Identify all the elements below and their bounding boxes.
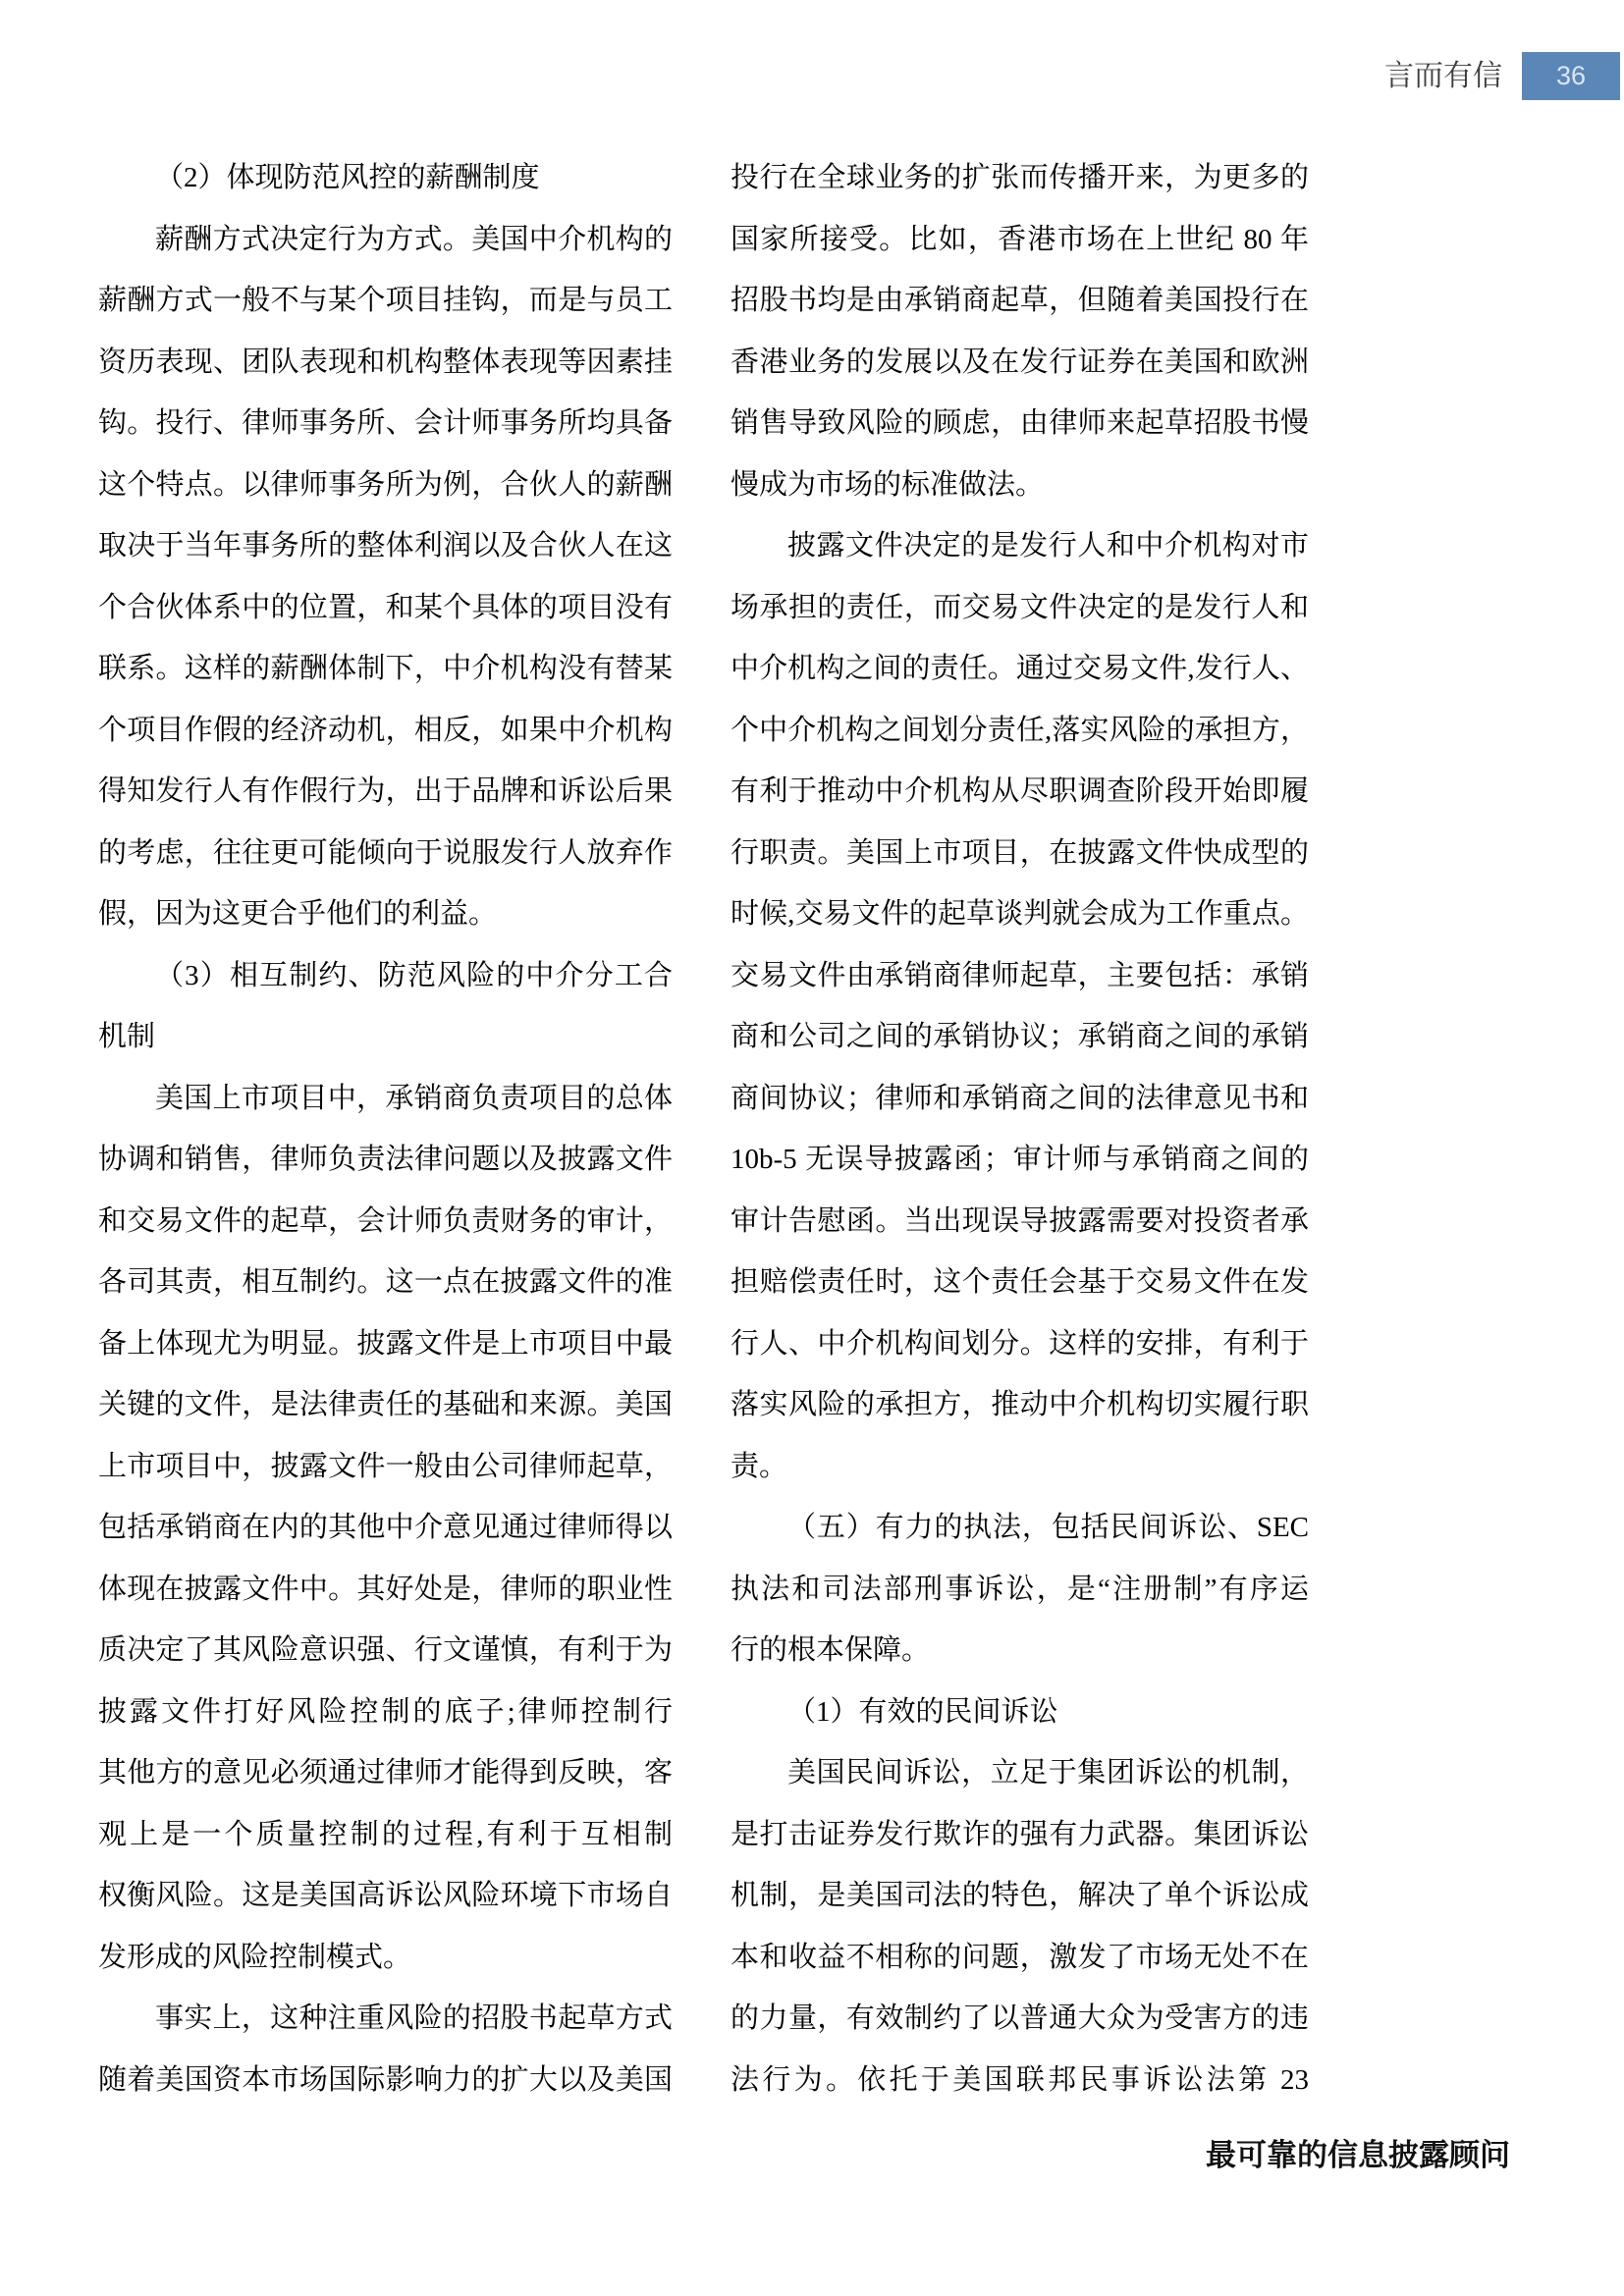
text-line: 责。 xyxy=(731,1436,1309,1498)
text-line: 包括承销商在内的其他中介意见通过律师得以 xyxy=(98,1497,673,1559)
text-line: 发形成的风险控制模式。 xyxy=(98,1927,673,1989)
text-line: 本和收益不相称的问题，激发了市场无处不在 xyxy=(731,1927,1309,1989)
text-line: 钩。投行、律师事务所、会计师事务所均具备 xyxy=(98,393,673,454)
text-line: 担赔偿责任时，这个责任会基于交易文件在发 xyxy=(731,1252,1309,1313)
text-line: （2）体现防范风控的薪酬制度 xyxy=(98,147,673,209)
text-line: （五）有力的执法，包括民间诉讼、SEC xyxy=(731,1497,1309,1559)
text-line: 随着美国资本市场国际影响力的扩大以及美国 xyxy=(98,2050,673,2111)
text-line: 假，因为这更合乎他们的利益。 xyxy=(98,883,673,945)
text-line: 个合伙体系中的位置，和某个具体的项目没有 xyxy=(98,577,673,639)
text-line: 时候,交易文件的起草谈判就会成为工作重点。 xyxy=(731,883,1309,945)
text-line: 质决定了其风险意识强、行文谨慎，有利于为 xyxy=(98,1620,673,1682)
text-line: 披露文件决定的是发行人和中介机构对市 xyxy=(731,515,1309,577)
text-line: 的考虑，往往更可能倾向于说服发行人放弃作 xyxy=(98,823,673,884)
text-line: 商和公司之间的承销协议；承销商之间的承销 xyxy=(731,1006,1309,1068)
text-line: 美国民间诉讼，立足于集团诉讼的机制， xyxy=(731,1742,1309,1804)
text-line: 销售导致风险的顾虑，由律师来起草招股书慢 xyxy=(731,393,1309,454)
text-line: 是打击证券发行欺诈的强有力武器。集团诉讼 xyxy=(731,1804,1309,1866)
text-line: 的力量，有效制约了以普通大众为受害方的违 xyxy=(731,1988,1309,2050)
text-line: 招股书均是由承销商起草，但随着美国投行在 xyxy=(731,270,1309,332)
page-number-badge: 36 xyxy=(1522,52,1620,100)
text-line: 法行为。依托于美国联邦民事诉讼法第 23 条， xyxy=(731,2050,1309,2111)
text-line: 取决于当年事务所的整体利润以及合伙人在这 xyxy=(98,515,673,577)
text-line: 行职责。美国上市项目，在披露文件快成型的 xyxy=(731,823,1309,884)
text-line: 行的根本保障。 xyxy=(731,1620,1309,1682)
text-line: 和交易文件的起草，会计师负责财务的审计， xyxy=(98,1191,673,1253)
text-line: 中介机构之间的责任。通过交易文件,发行人、 xyxy=(731,638,1309,700)
text-line: 10b-5 无误导披露函；审计师与承销商之间的 xyxy=(731,1129,1309,1191)
text-line: 国家所接受。比如，香港市场在上世纪 80 年代 xyxy=(731,209,1309,271)
text-line: 关键的文件，是法律责任的基础和来源。美国 xyxy=(98,1374,673,1436)
text-line: 个项目作假的经济动机，相反，如果中介机构 xyxy=(98,700,673,762)
text-line: 体现在披露文件中。其好处是，律师的职业性 xyxy=(98,1559,673,1621)
text-line: 有利于推动中介机构从尽职调查阶段开始即履 xyxy=(731,761,1309,823)
text-line: 权衡风险。这是美国高诉讼风险环境下市场自 xyxy=(98,1865,673,1927)
text-line: 其他方的意见必须通过律师才能得到反映，客 xyxy=(98,1742,673,1804)
document-page: 言而有信 36 （2）体现防范风控的薪酬制度薪酬方式决定行为方式。美国中介机构的… xyxy=(0,0,1624,2296)
text-line: 商间协议；律师和承销商之间的法律意见书和 xyxy=(731,1068,1309,1130)
text-line: 得知发行人有作假行为，出于品牌和诉讼后果 xyxy=(98,761,673,823)
text-line: 资历表现、团队表现和机构整体表现等因素挂 xyxy=(98,332,673,394)
text-line: 机制，是美国司法的特色，解决了单个诉讼成 xyxy=(731,1865,1309,1927)
text-line: 场承担的责任，而交易文件决定的是发行人和 xyxy=(731,577,1309,639)
text-line: 投行在全球业务的扩张而传播开来，为更多的 xyxy=(731,147,1309,209)
text-line: 薪酬方式一般不与某个项目挂钩，而是与员工 xyxy=(98,270,673,332)
text-line: 个中介机构之间划分责任,落实风险的承担方， xyxy=(731,700,1309,762)
text-line: 这个特点。以律师事务所为例，合伙人的薪酬 xyxy=(98,454,673,516)
header-brand: 言而有信 xyxy=(1384,59,1502,94)
text-line: 上市项目中，披露文件一般由公司律师起草， xyxy=(98,1436,673,1498)
text-line: 机制 xyxy=(98,1006,673,1068)
text-line: 香港业务的发展以及在发行证券在美国和欧洲 xyxy=(731,332,1309,394)
text-line: 观上是一个质量控制的过程,有利于互相制约， xyxy=(98,1804,673,1866)
text-line: 事实上，这种注重风险的招股书起草方式 xyxy=(98,1988,673,2050)
text-line: （1）有效的民间诉讼 xyxy=(731,1682,1309,1743)
text-line: 各司其责，相互制约。这一点在披露文件的准 xyxy=(98,1252,673,1313)
text-line: 执法和司法部刑事诉讼，是“注册制”有序运 xyxy=(731,1559,1309,1621)
text-line: 落实风险的承担方，推动中介机构切实履行职 xyxy=(731,1374,1309,1436)
text-line: 协调和销售，律师负责法律问题以及披露文件 xyxy=(98,1129,673,1191)
text-line: 联系。这样的薪酬体制下，中介机构没有替某 xyxy=(98,638,673,700)
text-line: 慢成为市场的标准做法。 xyxy=(731,454,1309,516)
text-line: 交易文件由承销商律师起草，主要包括：承销 xyxy=(731,945,1309,1007)
text-line: 披露文件打好风险控制的底子;律师控制行文， xyxy=(98,1682,673,1743)
text-line: （3）相互制约、防范风险的中介分工合作 xyxy=(98,945,673,1007)
text-line: 审计告慰函。当出现误导披露需要对投资者承 xyxy=(731,1191,1309,1253)
right-text-column: 投行在全球业务的扩张而传播开来，为更多的国家所接受。比如，香港市场在上世纪 80… xyxy=(731,147,1309,2110)
footer-tagline: 最可靠的信息披露顾问 xyxy=(1206,2136,1520,2175)
text-line: 行人、中介机构间划分。这样的安排，有利于 xyxy=(731,1313,1309,1375)
text-line: 备上体现尤为明显。披露文件是上市项目中最 xyxy=(98,1313,673,1375)
text-line: 美国上市项目中，承销商负责项目的总体 xyxy=(98,1068,673,1130)
text-line: 薪酬方式决定行为方式。美国中介机构的 xyxy=(98,209,673,271)
left-text-column: （2）体现防范风控的薪酬制度薪酬方式决定行为方式。美国中介机构的薪酬方式一般不与… xyxy=(98,147,673,2110)
